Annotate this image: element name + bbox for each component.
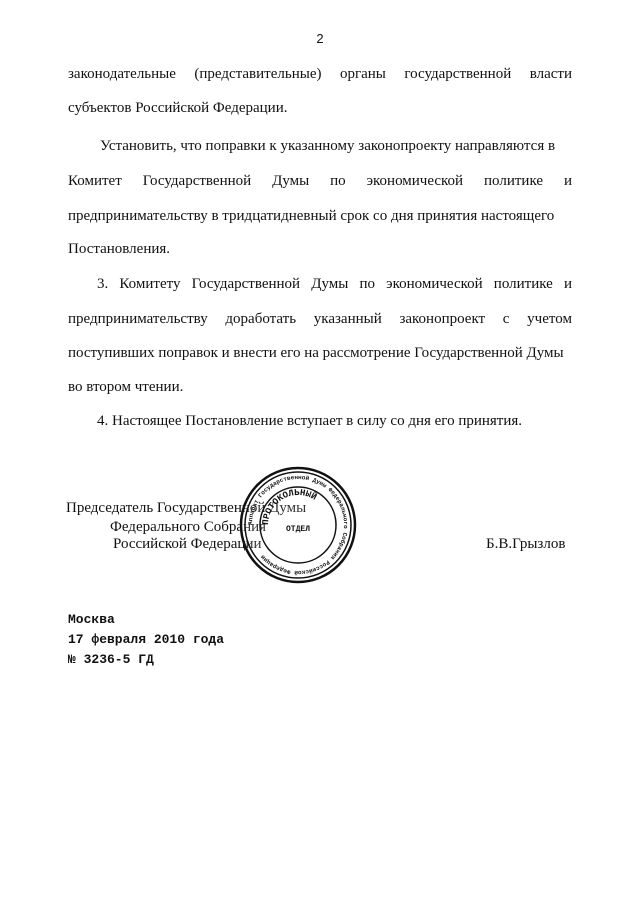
word: предпринимательству bbox=[68, 311, 208, 328]
word: доработать bbox=[225, 311, 296, 328]
word: Думы bbox=[272, 173, 309, 190]
word: Комитет bbox=[68, 173, 122, 190]
word: с bbox=[503, 311, 510, 328]
word: экономической bbox=[367, 173, 464, 190]
word: Государственной bbox=[143, 173, 251, 190]
word: (представительные) bbox=[194, 66, 321, 83]
place: Москва bbox=[68, 612, 115, 627]
page-number: 2 bbox=[0, 31, 640, 46]
p1-line3: предпринимательству в тридцатидневный ср… bbox=[68, 208, 572, 225]
p1-line1: Установить, что поправки к указанному за… bbox=[100, 138, 572, 155]
word: политике bbox=[494, 276, 553, 293]
word: по bbox=[330, 173, 346, 190]
svg-text:ОТДЕЛ: ОТДЕЛ bbox=[286, 525, 310, 534]
word: и bbox=[564, 276, 572, 293]
word: государственной bbox=[404, 66, 511, 83]
word: власти bbox=[530, 66, 572, 83]
p3-line2: предпринимательству доработать указанный… bbox=[68, 311, 572, 328]
p3-line4: во втором чтении. bbox=[68, 379, 572, 396]
word: экономической bbox=[386, 276, 483, 293]
p0-line2: субъектов Российской Федерации. bbox=[68, 100, 572, 117]
p3-line1: 3. Комитету Государственной Думы по экон… bbox=[97, 276, 572, 293]
word: политике bbox=[484, 173, 543, 190]
p1-line4: Постановления. bbox=[68, 241, 572, 258]
p0-line1: законодательные (представительные) орган… bbox=[68, 66, 572, 83]
word: законопроект bbox=[399, 311, 485, 328]
word: и bbox=[564, 173, 572, 190]
word: указанный bbox=[314, 311, 382, 328]
date: 17 февраля 2010 года bbox=[68, 632, 224, 647]
signatory-name: Б.В.Грызлов bbox=[486, 536, 565, 553]
word: Государственной bbox=[192, 276, 300, 293]
word: Думы bbox=[311, 276, 348, 293]
official-seal-stamp-icon: Аппарат Государственной Думы Федеральног… bbox=[238, 465, 358, 585]
word: Комитету bbox=[119, 276, 180, 293]
p1-line2: Комитет Государственной Думы по экономич… bbox=[68, 173, 572, 190]
word: органы bbox=[340, 66, 386, 83]
word: законодательные bbox=[68, 66, 176, 83]
word: по bbox=[359, 276, 375, 293]
p4-line1: 4. Настоящее Постановление вступает в си… bbox=[97, 413, 601, 430]
document-number: № 3236-5 ГД bbox=[68, 652, 154, 667]
word: 3. bbox=[97, 276, 108, 293]
p3-line3: поступивших поправок и внести его на рас… bbox=[68, 345, 572, 362]
word: учетом bbox=[527, 311, 572, 328]
